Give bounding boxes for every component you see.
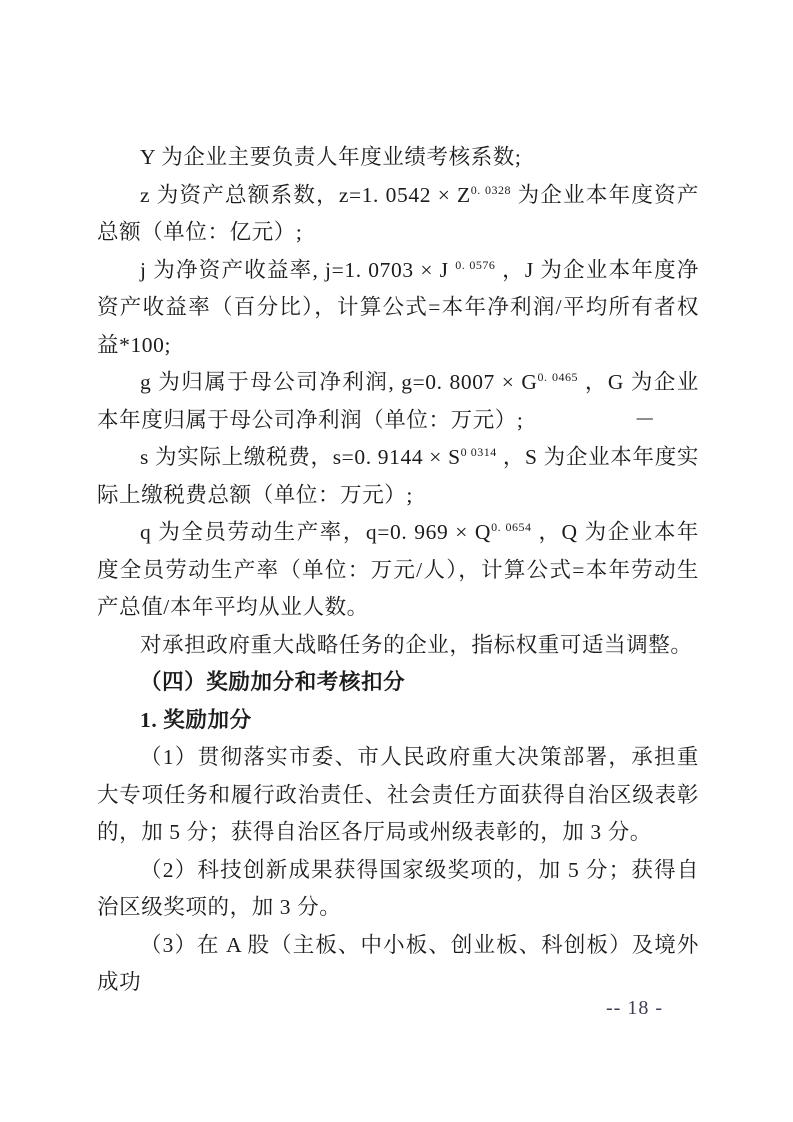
- paragraph: z 为资产总额系数，z=1. 0542 × Z0. 0328 为企业本年度资产总…: [97, 177, 699, 252]
- paragraph: s 为实际上缴税费，s=0. 9144 × S0 0314 ，S 为企业本年度实…: [97, 439, 699, 514]
- formula-exponent: 0 0314: [461, 445, 497, 459]
- formula-exponent: 0. 0465: [538, 370, 578, 384]
- paragraph: q 为全员劳动生产率，q=0. 969 × Q0. 0654 ，Q 为企业本年度…: [97, 514, 699, 627]
- document-body: Y 为企业主要负责人年度业绩考核系数;z 为资产总额系数，z=1. 0542 ×…: [97, 139, 699, 1002]
- formula-exponent: 0. 0654: [491, 520, 531, 534]
- paragraph: g 为归属于母公司净利润, g=0. 8007 × G0. 0465 ，G 为企…: [97, 364, 699, 439]
- document-page: Y 为企业主要负责人年度业绩考核系数;z 为资产总额系数，z=1. 0542 ×…: [0, 0, 793, 1122]
- paragraph: （1）贯彻落实市委、市人民政府重大决策部署，承担重大专项任务和履行政治责任、社会…: [97, 739, 699, 852]
- formula-exponent: 0. 0576: [455, 257, 495, 271]
- paragraph: j 为净资产收益率, j=1. 0703 × J 0. 0576 ，J 为企业本…: [97, 252, 699, 365]
- page-number: -- 18 -: [606, 997, 663, 1020]
- section-heading: （四）奖励加分和考核扣分: [97, 664, 699, 702]
- paragraph: 对承担政府重大战略任务的企业，指标权重可适当调整。: [97, 627, 699, 665]
- formula-exponent: 0. 0328: [471, 182, 511, 196]
- paragraph: （3）在 A 股（主板、中小板、创业板、科创板）及境外成功: [97, 927, 699, 1002]
- section-heading: 1. 奖励加分: [97, 702, 699, 740]
- paragraph: （2）科技创新成果获得国家级奖项的，加 5 分；获得自治区级奖项的，加 3 分。: [97, 852, 699, 927]
- paragraph: Y 为企业主要负责人年度业绩考核系数;: [97, 139, 699, 177]
